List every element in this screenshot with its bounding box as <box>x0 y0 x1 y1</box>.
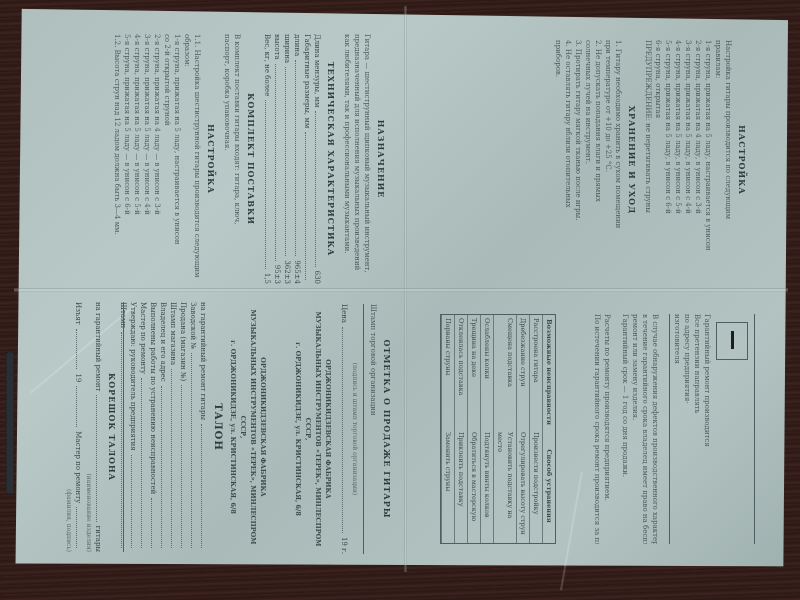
coupon-field: Мастер по ремонту <box>138 302 148 552</box>
sale-mark-content: ОТМЕТКА О ПРОДАЖЕ ГИТАРЫ Штамп торговой … <box>293 304 398 554</box>
section-heading: КОМПЛЕКТ ПОСТАВКИ <box>246 34 256 284</box>
factory-name: ОРДЖОНИКИДЗЕВСКАЯ ФАБРИКА МУЗЫКАЛЬНЫХ ИН… <box>293 304 333 554</box>
section-heading: НАЗНАЧЕНИЕ <box>376 34 386 284</box>
stamp-panel: Гарантийный ремонт производится Все прет… <box>669 314 755 544</box>
stub-field: на гарантийный ремонтгитары <box>93 302 103 552</box>
coupon-title: ТАЛОН <box>212 302 222 552</box>
coupon-stub: КОРЕШОК ТАЛОНА на гарантийный ремонтгита… <box>63 302 128 552</box>
spec-row: Длина мензуры, мм630 <box>312 34 322 284</box>
stamp-icon <box>716 322 748 360</box>
page-top-left: НАЗНАЧЕНИЕ Гитара — шестиструнный щипков… <box>20 14 404 288</box>
section-heading: НАСТРОЙКА <box>737 40 747 280</box>
stub-title: КОРЕШОК ТАЛОНА <box>107 302 117 552</box>
coupon-field: Штамп магазина <box>168 302 178 552</box>
binder-edge <box>6 352 14 494</box>
coupon-field: Владелец и его адрес <box>158 302 168 552</box>
spec-row: длина965±4 <box>292 34 302 284</box>
spec-row: Вес, кг, не более1,5 <box>262 34 272 284</box>
coupon-field: Выполнены работы по устранению неисправн… <box>148 302 158 552</box>
spec-row: высота95±3 <box>272 34 282 284</box>
horizontal-fold <box>14 288 788 292</box>
warranty-coupon-content: ОРДЖОНИКИДЗЕВСКАЯ ФАБРИКА МУЗЫКАЛЬНЫХ ИН… <box>118 302 268 552</box>
sale-mark-title: ОТМЕТКА О ПРОДАЖЕ ГИТАРЫ <box>382 304 392 554</box>
coupon-field: Заводской № <box>188 302 198 552</box>
section-heading: НАСТРОЙКА <box>206 34 216 284</box>
section-heading: ХРАНЕНИЕ И УХОД <box>627 40 637 280</box>
sale-mark-panel: ОТМЕТКА О ПРОДАЖЕ ГИТАРЫ Штамп торговой … <box>280 294 406 566</box>
spec-row: Габаритные размеры, мм <box>302 34 312 284</box>
coupon-field: на гарантийный ремонт гитары <box>198 302 208 552</box>
warranty-notes: В случае обнаружения дефектов производст… <box>592 314 660 544</box>
spec-row: ширина362±3 <box>282 34 292 284</box>
section-heading: ТЕХНИЧЕСКАЯ ХАРАКТЕРИСТИКА <box>326 34 336 284</box>
coupon-field: Утверждаю: руководитель предприятия <box>128 302 138 552</box>
page-top-left-content: НАЗНАЧЕНИЕ Гитара — шестиструнный щипков… <box>112 34 392 284</box>
page-top-right: НАСТРОЙКА Настройка гитары производится … <box>408 16 780 288</box>
stub-field: Изъят19Мастер по ремонту <box>73 302 83 552</box>
troubleshooting-table: Возможные неисправностиСпособ устранения… <box>440 314 560 544</box>
warranty-coupon-panel: ОРДЖОНИКИДЗЕВСКАЯ ФАБРИКА МУЗЫКАЛЬНЫХ ИН… <box>18 294 280 566</box>
page-top-right-content: НАСТРОЙКА Настройка гитары производится … <box>553 40 753 280</box>
page-bottom-right: Возможные неисправностиСпособ устранения… <box>410 296 782 566</box>
coupon-field: Продана (магазин №) <box>178 302 188 552</box>
factory-name: ОРДЖОНИКИДЗЕВСКАЯ ФАБРИКА МУЗЫКАЛЬНЫХ ИН… <box>228 302 268 552</box>
